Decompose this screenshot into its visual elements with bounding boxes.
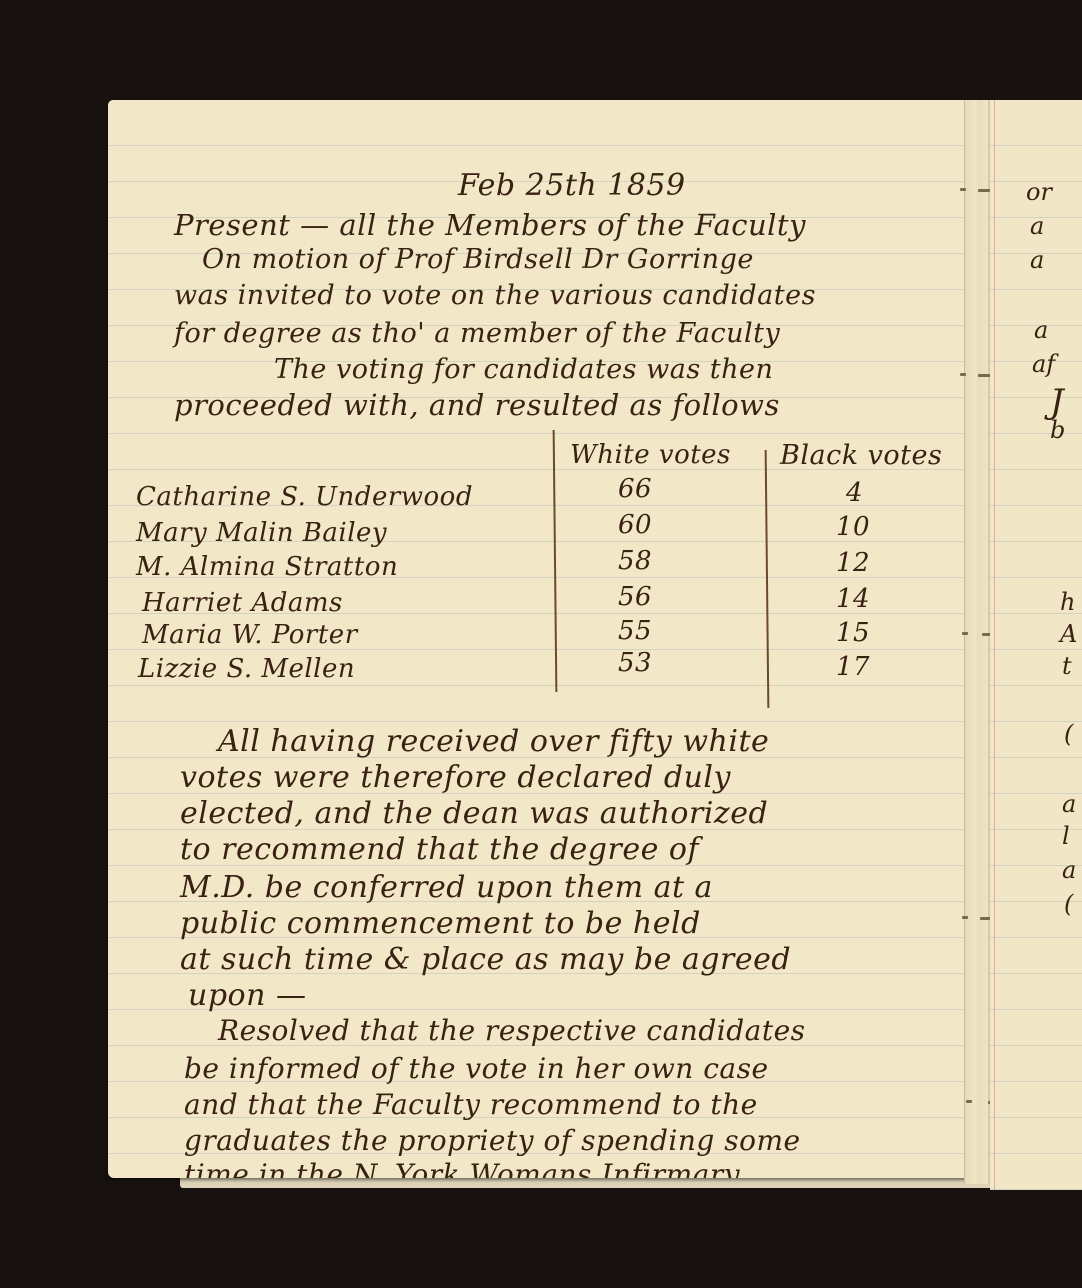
white-votes-value: 58 — [618, 546, 652, 576]
facing-page-fragment: or — [1026, 178, 1052, 206]
page-stack-edge — [180, 1178, 1080, 1188]
paragraph-line: All having received over fifty white — [218, 724, 769, 759]
facing-page-fragment: ( — [1064, 720, 1073, 748]
black-votes-value: 4 — [846, 478, 863, 508]
facing-page-fragment: l — [1062, 822, 1070, 850]
facing-page-fragment: t — [1062, 652, 1072, 680]
candidate-name: Lizzie S. Mellen — [138, 654, 355, 684]
binding-stitch — [966, 1100, 972, 1103]
table-header-black-votes: Black votes — [780, 440, 942, 471]
facing-page-fragment: h — [1060, 588, 1075, 616]
margin-line — [994, 100, 995, 1190]
paragraph-line: Resolved that the respective candidates — [218, 1014, 806, 1047]
page-gutter — [964, 100, 989, 1184]
paragraph-line: at such time & place as may be agreed — [180, 942, 791, 977]
binding-stitch — [962, 632, 968, 635]
paragraph-line: elected, and the dean was authorized — [180, 796, 768, 831]
candidate-name: M. Almina Stratton — [136, 552, 398, 582]
binding-stitch — [978, 189, 990, 192]
black-votes-value: 17 — [836, 652, 870, 682]
facing-page-fragment: A — [1060, 620, 1077, 648]
white-votes-value: 60 — [618, 510, 652, 540]
black-votes-value: 15 — [836, 618, 870, 648]
table-header-white-votes: White votes — [570, 440, 731, 470]
paragraph-line: M.D. be conferred upon them at a — [180, 870, 713, 905]
binding-stitch — [960, 373, 966, 376]
facing-page-fragment: a — [1030, 212, 1044, 240]
white-votes-value: 66 — [618, 474, 652, 504]
facing-page-fragment: af — [1032, 350, 1055, 378]
paragraph-line: and that the Faculty recommend to the — [184, 1088, 758, 1121]
facing-page-fragment: ( — [1064, 890, 1073, 918]
paragraph-line: to recommend that the degree of — [180, 832, 699, 867]
paragraph-line: Present — all the Members of the Faculty — [174, 208, 806, 242]
binding-stitch — [962, 916, 968, 919]
candidate-name: Harriet Adams — [142, 588, 343, 618]
date-heading: Feb 25th 1859 — [458, 168, 686, 203]
paragraph-line: The voting for candidates was then — [274, 354, 773, 385]
black-votes-value: 14 — [836, 584, 870, 614]
facing-page-fragment: a — [1062, 856, 1076, 884]
candidate-name: Catharine S. Underwood — [136, 482, 473, 512]
paragraph-line: for degree as tho' a member of the Facul… — [174, 318, 780, 349]
paragraph-line: was invited to vote on the various candi… — [174, 280, 816, 311]
facing-page-fragment: a — [1034, 316, 1048, 344]
candidate-name: Maria W. Porter — [142, 620, 358, 650]
table-column-divider — [765, 450, 770, 708]
binding-stitch — [960, 188, 966, 191]
paragraph-line: On motion of Prof Birdsell Dr Gorringe — [202, 244, 754, 275]
white-votes-value: 53 — [618, 648, 652, 678]
table-column-divider — [553, 430, 558, 692]
black-votes-value: 10 — [836, 512, 870, 542]
facing-page-fragment: b — [1050, 416, 1065, 444]
black-votes-value: 12 — [836, 548, 870, 578]
paragraph-line: public commencement to be held — [180, 906, 701, 941]
facing-page-fragment: a — [1030, 246, 1044, 274]
white-votes-value: 56 — [618, 582, 652, 612]
paragraph-line: graduates the propriety of spending some — [184, 1124, 801, 1157]
candidate-name: Mary Malin Bailey — [136, 518, 387, 548]
facing-page-fragment: a — [1062, 790, 1076, 818]
white-votes-value: 55 — [618, 616, 652, 646]
paragraph-line: proceeded with, and resulted as follows — [174, 388, 780, 422]
manuscript-page: Feb 25th 1859 Present — all the Members … — [108, 100, 968, 1178]
paragraph-line: be informed of the vote in her own case — [184, 1052, 769, 1085]
paragraph-line: time in the N. York Womans Infirmary — [184, 1158, 740, 1178]
paragraph-line: votes were therefore declared duly — [180, 760, 731, 795]
paragraph-line: upon — — [188, 978, 306, 1013]
facing-page: or a a a af J b h A t ( a l a ( — [990, 100, 1082, 1190]
